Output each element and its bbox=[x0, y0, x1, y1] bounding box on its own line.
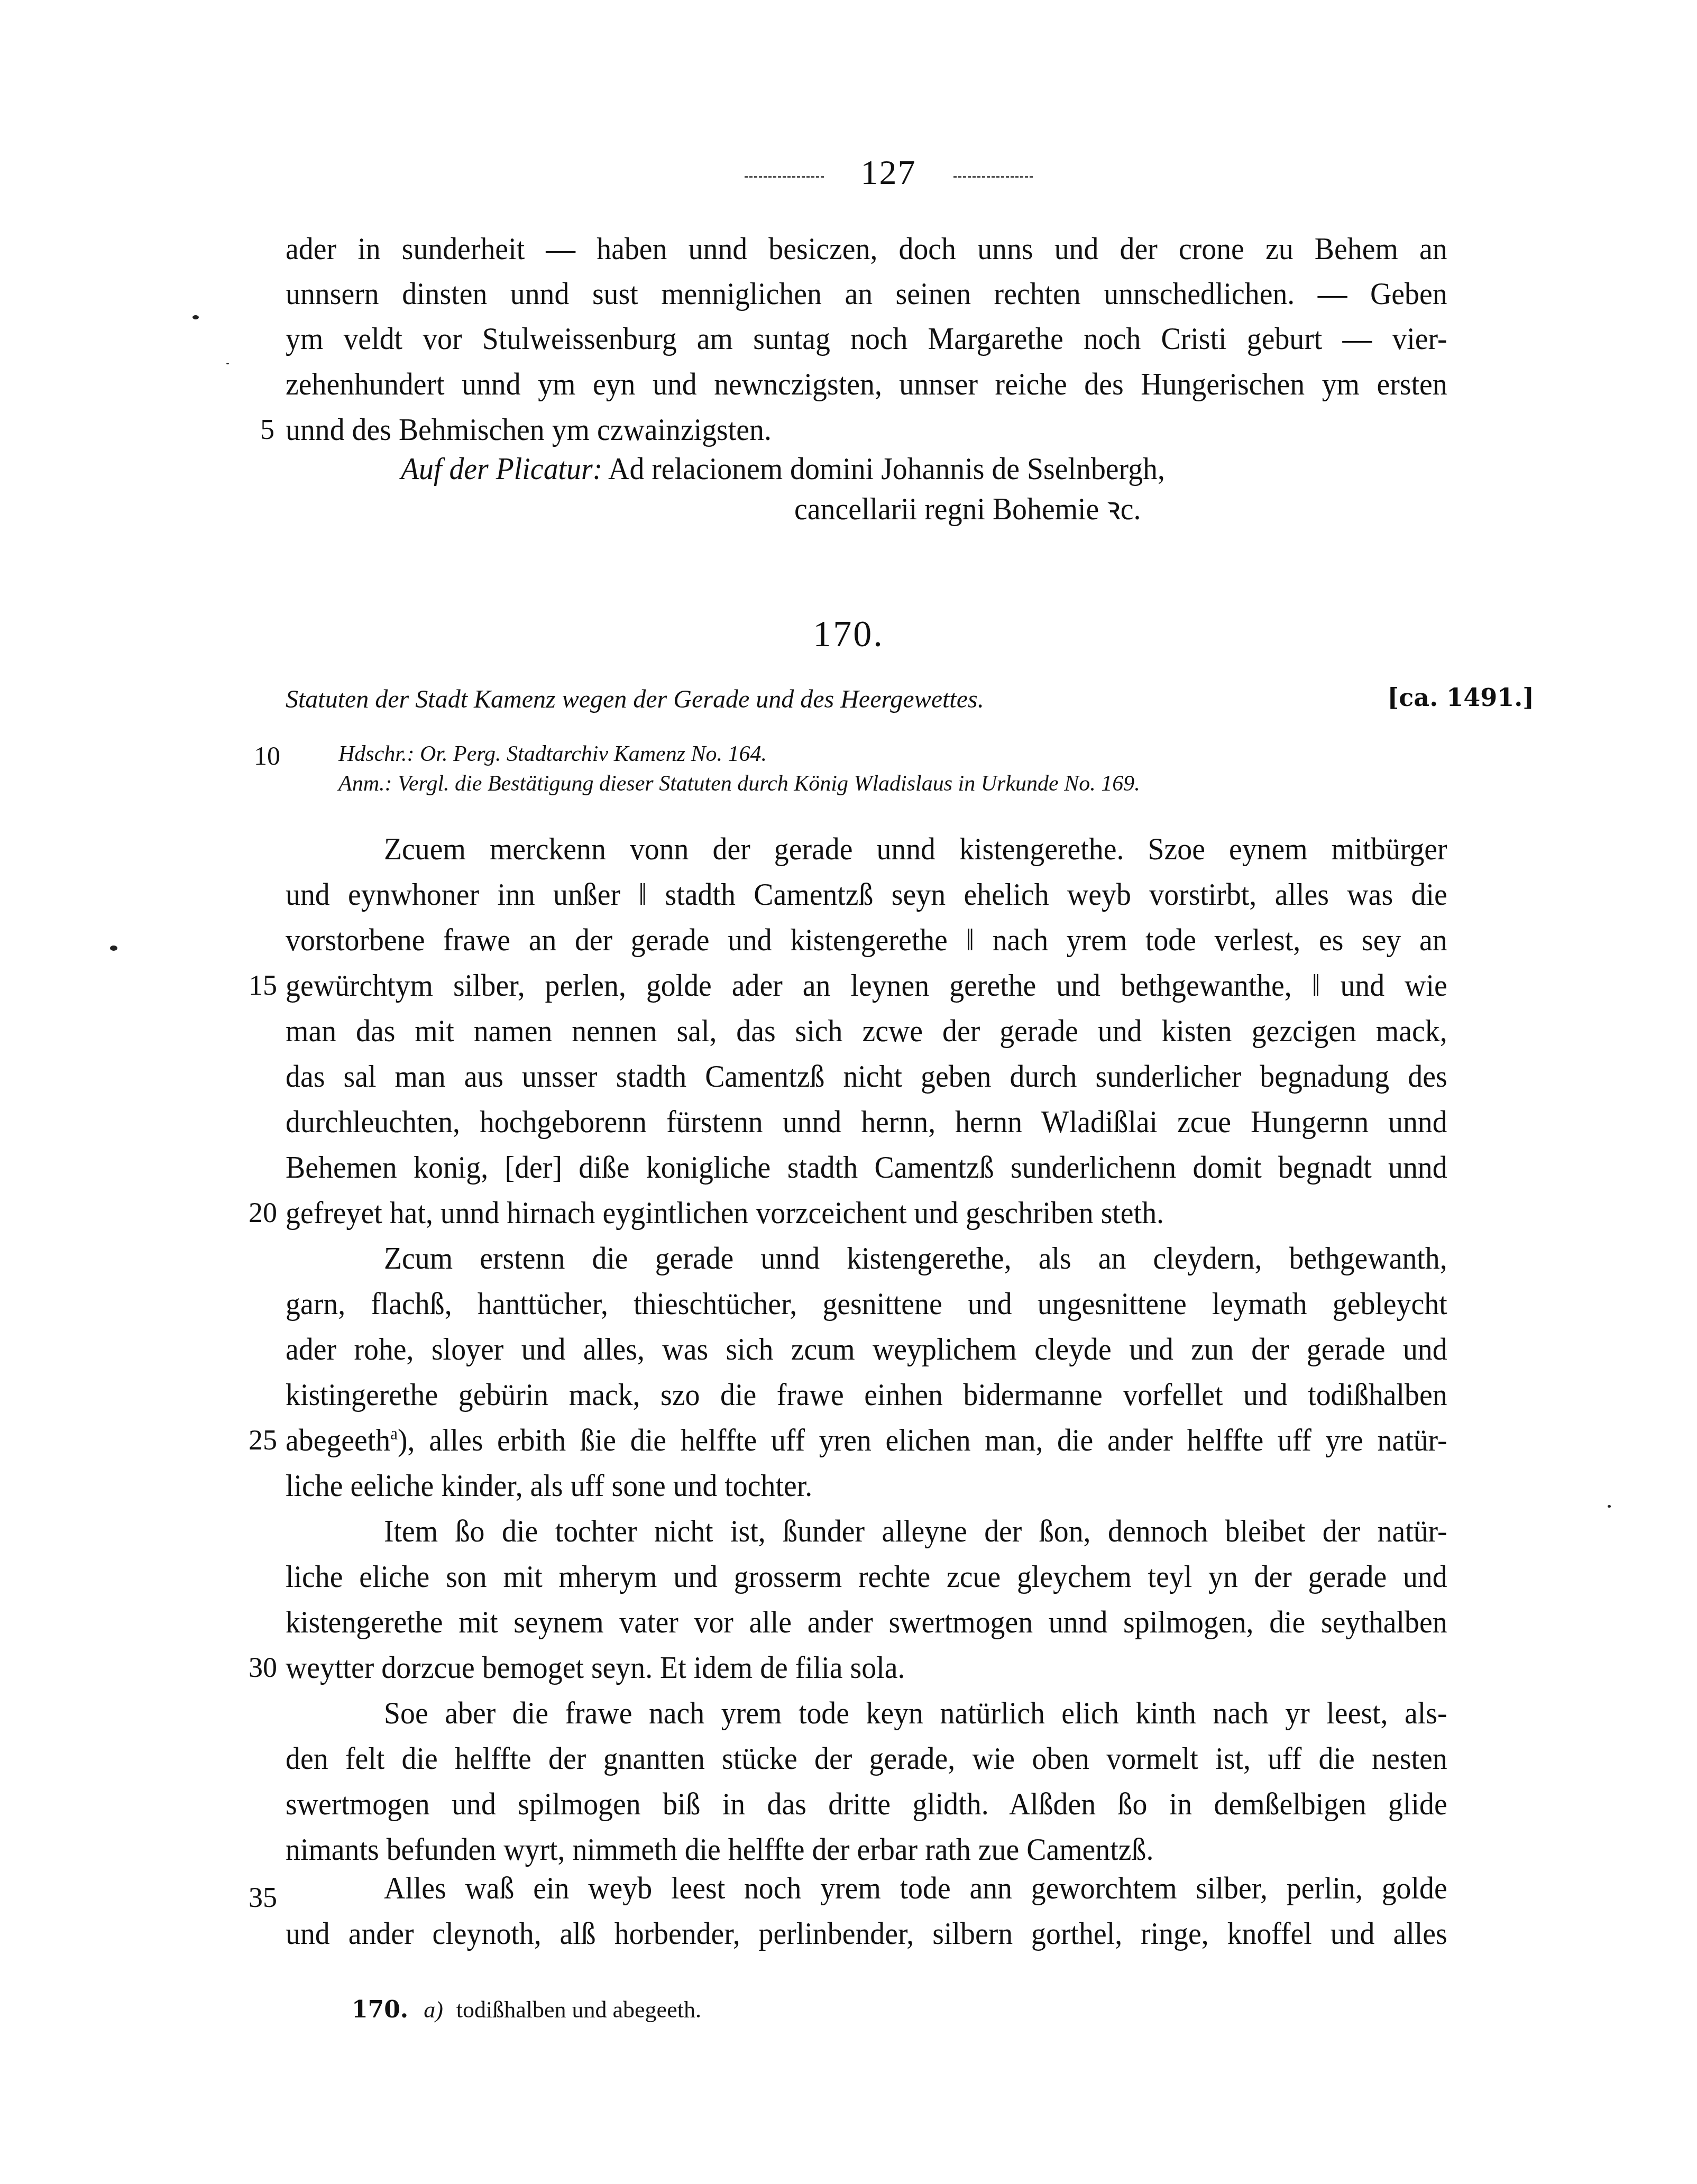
text-fragment: ), alles erbith ßie die helffte uff yren… bbox=[398, 1423, 1447, 1457]
text-fragment: abegeeth bbox=[286, 1423, 390, 1457]
footnote-mark: a) bbox=[424, 1997, 443, 2023]
text-line: unnsern dinsten unnd sust menniglichen a… bbox=[286, 272, 1447, 315]
text-line: Zcuem merckenn vonn der gerade unnd kist… bbox=[286, 828, 1447, 870]
plicatur-label: Auf der Plicatur: bbox=[401, 451, 602, 486]
page-number: 127 bbox=[861, 153, 916, 193]
document-page: 127 ader in sunderheit — haben unnd besi… bbox=[0, 0, 1697, 2184]
text-line: man das mit namen nennen sal, das sich z… bbox=[286, 1010, 1447, 1052]
text-line: liche eliche son mit mherym und grosserm… bbox=[286, 1555, 1447, 1598]
text-line: Behemen konig, [der] diße konigliche sta… bbox=[286, 1146, 1447, 1188]
plicatur-line-2: cancellarii regni Bohemie ꝛc. bbox=[794, 488, 1141, 530]
scan-speck bbox=[226, 363, 229, 364]
text-line: Item ßo die tochter nicht ist, ßunder al… bbox=[286, 1510, 1447, 1552]
text-line: swertmogen und spilmogen biß in das drit… bbox=[286, 1783, 1447, 1825]
line-number: 35 bbox=[249, 1876, 280, 1919]
text-line: Alles waß ein weyb leest noch yrem tode … bbox=[286, 1867, 1447, 1909]
running-head: 127 bbox=[719, 149, 1058, 197]
footnote-reference[interactable]: a bbox=[390, 1425, 398, 1444]
scan-speck bbox=[1608, 1505, 1611, 1508]
text-line: kistingerethe gebürin mack, szo die fraw… bbox=[286, 1373, 1447, 1416]
text-line: ym veldt vor Stulweissenburg am suntag n… bbox=[286, 317, 1447, 360]
scan-speck bbox=[110, 946, 117, 951]
text-line: zehenhundert unnd ym eyn und newnczigste… bbox=[286, 363, 1447, 405]
plicatur-text: Ad relacionem domini Johannis de Sselnbe… bbox=[608, 451, 1165, 486]
line-number: 25 bbox=[249, 1419, 280, 1461]
text-line: und ander cleynoth, alß horbender, perli… bbox=[286, 1912, 1447, 1954]
text-line: liche eeliche kinder, als uff sone und t… bbox=[286, 1464, 1447, 1507]
text-line: den felt die helffte der gnantten stücke… bbox=[286, 1737, 1447, 1779]
text-line: Soe aber die frawe nach yrem tode keyn n… bbox=[286, 1692, 1447, 1734]
document-number: 170. bbox=[0, 613, 1697, 656]
text-line: und eynwhoner inn unßer ‖ stadth Camentz… bbox=[286, 873, 1447, 915]
text-line: Zcum erstenn die gerade unnd kistengeret… bbox=[286, 1237, 1447, 1279]
footnote-number: 170. bbox=[352, 1996, 408, 2023]
line-number: 10 bbox=[254, 740, 280, 771]
text-line: gewürchtym silber, perlen, golde ader an… bbox=[286, 964, 1447, 1006]
text-line: durchleuchten, hochgeborenn fürstenn unn… bbox=[286, 1100, 1447, 1143]
head-rule-right bbox=[953, 176, 1033, 178]
line-number: 15 bbox=[249, 964, 280, 1006]
line-number: 30 bbox=[249, 1646, 280, 1689]
document-caption: Statuten der Stadt Kamenz wegen der Gera… bbox=[286, 685, 984, 714]
text-line: ader rohe, sloyer und alles, was sich zc… bbox=[286, 1328, 1447, 1370]
text-line: unnd des Behmischen ym czwainzigsten. bbox=[286, 408, 1447, 451]
text-line: weytter dorzcue bemoget seyn. Et idem de… bbox=[286, 1646, 1447, 1689]
manuscript-source: Hdschr.: Or. Perg. Stadtarchiv Kamenz No… bbox=[338, 741, 767, 767]
text-line: ader in sunderheit — haben unnd besiczen… bbox=[286, 227, 1447, 270]
text-line: das sal man aus unsser stadth Camentzß n… bbox=[286, 1055, 1447, 1097]
text-line: gefreyet hat, unnd hirnach eygintlichen … bbox=[286, 1191, 1447, 1234]
text-line: abegeetha), alles erbith ßie die helffte… bbox=[286, 1419, 1447, 1461]
editorial-note: Anm.: Vergl. die Bestätigung dieser Stat… bbox=[338, 771, 1140, 796]
text-line: kistengerethe mit seynem vater vor alle … bbox=[286, 1601, 1447, 1643]
document-date: [ca. 1491.] bbox=[1388, 683, 1534, 712]
footnote-text: todißhalben und abegeeth. bbox=[456, 1997, 701, 2023]
text-line: garn, flachß, hanttücher, thieschtücher,… bbox=[286, 1282, 1447, 1325]
text-line: vorstorbene frawe an der gerade und kist… bbox=[286, 919, 1447, 961]
footnote: 170. a) todißhalben und abegeeth. bbox=[352, 1996, 701, 2023]
head-rule-left bbox=[745, 176, 824, 178]
scan-speck bbox=[192, 315, 199, 319]
line-number: 20 bbox=[249, 1191, 280, 1234]
text-line: nimants befunden wyrt, nimmeth die helff… bbox=[286, 1828, 1447, 1870]
plicatur-line-1: Auf der Plicatur: Ad relacionem domini J… bbox=[401, 447, 1165, 490]
